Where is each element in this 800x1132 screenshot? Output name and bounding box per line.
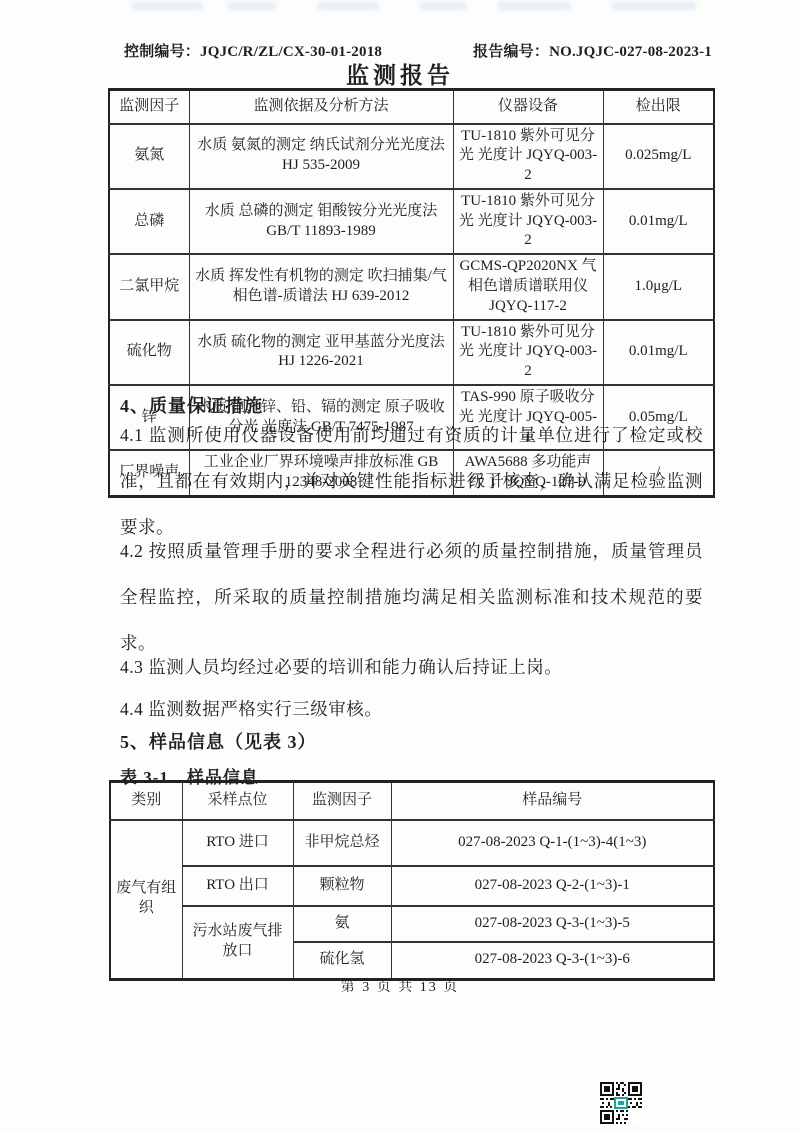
cell-limit: 0.01mg/L: [603, 320, 714, 385]
col-header-instrument: 仪器设备: [453, 90, 603, 124]
cell-factor: 氨氮: [109, 124, 189, 189]
cell-limit: 0.01mg/L: [603, 189, 714, 254]
cell-method: 水质 氨氮的测定 纳氏试剂分光光度法 HJ 535-2009: [189, 124, 453, 189]
cell-factor: 二氯甲烷: [109, 254, 189, 319]
cell-factor: 颗粒物: [293, 866, 391, 906]
table-row: RTO 出口 颗粒物 027-08-2023 Q-2-(1~3)-1: [110, 866, 714, 906]
scanned-report-page: 控制编号：JQJC/R/ZL/CX-30-01-2018 报告编号：NO.JQJ…: [0, 0, 800, 1132]
table-row: 总磷 水质 总磷的测定 钼酸铵分光光度法 GB/T 11893-1989 TU-…: [109, 189, 714, 254]
table-row: 硫化物 水质 硫化物的测定 亚甲基蓝分光度法 HJ 1226-2021 TU-1…: [109, 320, 714, 385]
cell-sample-no: 027-08-2023 Q-3-(1~3)-5: [391, 906, 714, 942]
cell-method: 水质 挥发性有机物的测定 吹扫捕集/气相色谱-质谱法 HJ 639-2012: [189, 254, 453, 319]
cell-sample-no: 027-08-2023 Q-2-(1~3)-1: [391, 866, 714, 906]
cell-factor: 硫化氢: [293, 942, 391, 980]
table-header-row: 类别 采样点位 监测因子 样品编号: [110, 782, 714, 820]
cell-instrument: TU-1810 紫外可见分光 光度计 JQYQ-003-2: [453, 124, 603, 189]
col-header-limit: 检出限: [603, 90, 714, 124]
cell-point: 污水站废气排放口: [182, 906, 293, 980]
col-header-category: 类别: [110, 782, 182, 820]
cell-limit: 1.0μg/L: [603, 254, 714, 319]
cell-instrument: TU-1810 紫外可见分光 光度计 JQYQ-003-2: [453, 320, 603, 385]
page-number: 第 3 页 共 13 页: [0, 976, 800, 996]
col-header-method: 监测依据及分析方法: [189, 90, 453, 124]
table-row: 氨氮 水质 氨氮的测定 纳氏试剂分光光度法 HJ 535-2009 TU-181…: [109, 124, 714, 189]
cell-factor: 硫化物: [109, 320, 189, 385]
paragraph-4-4: 4.4 监测数据严格实行三级审核。: [120, 686, 703, 732]
cell-factor: 非甲烷总烃: [293, 820, 391, 866]
table-row: 二氯甲烷 水质 挥发性有机物的测定 吹扫捕集/气相色谱-质谱法 HJ 639-2…: [109, 254, 714, 319]
table-row: 废气有组织 RTO 进口 非甲烷总烃 027-08-2023 Q-1-(1~3)…: [110, 820, 714, 866]
col-header-factor: 监测因子: [109, 90, 189, 124]
page-title: 监测报告: [0, 57, 800, 90]
cell-limit: 0.025mg/L: [603, 124, 714, 189]
cell-instrument: GCMS-QP2020NX 气相色谱质谱联用仪 JQYQ-117-2: [453, 254, 603, 319]
cell-sample-no: 027-08-2023 Q-1-(1~3)-4(1~3): [391, 820, 714, 866]
qr-code: [599, 1082, 643, 1124]
cell-point: RTO 进口: [182, 820, 293, 866]
cell-method: 水质 总磷的测定 钼酸铵分光光度法 GB/T 11893-1989: [189, 189, 453, 254]
sample-info-table: 类别 采样点位 监测因子 样品编号 废气有组织 RTO 进口 非甲烷总烃 027…: [109, 780, 715, 981]
cell-factor: 总磷: [109, 189, 189, 254]
scan-bleed-through: [0, 1, 800, 13]
col-header-sample-no: 样品编号: [391, 782, 714, 820]
col-header-point: 采样点位: [182, 782, 293, 820]
cell-factor: 氨: [293, 906, 391, 942]
cell-method: 水质 硫化物的测定 亚甲基蓝分光度法 HJ 1226-2021: [189, 320, 453, 385]
cell-sample-no: 027-08-2023 Q-3-(1~3)-6: [391, 942, 714, 980]
cell-point: RTO 出口: [182, 866, 293, 906]
table-header-row: 监测因子 监测依据及分析方法 仪器设备 检出限: [109, 90, 714, 124]
paragraph-4-3: 4.3 监测人员均经过必要的培训和能力确认后持证上岗。: [120, 644, 703, 690]
section5-heading: 5、样品信息（见表 3）: [120, 728, 317, 754]
cell-category: 废气有组织: [110, 820, 182, 980]
col-header-factor: 监测因子: [293, 782, 391, 820]
cell-instrument: TU-1810 紫外可见分光 光度计 JQYQ-003-2: [453, 189, 603, 254]
table-row: 污水站废气排放口 氨 027-08-2023 Q-3-(1~3)-5: [110, 906, 714, 942]
